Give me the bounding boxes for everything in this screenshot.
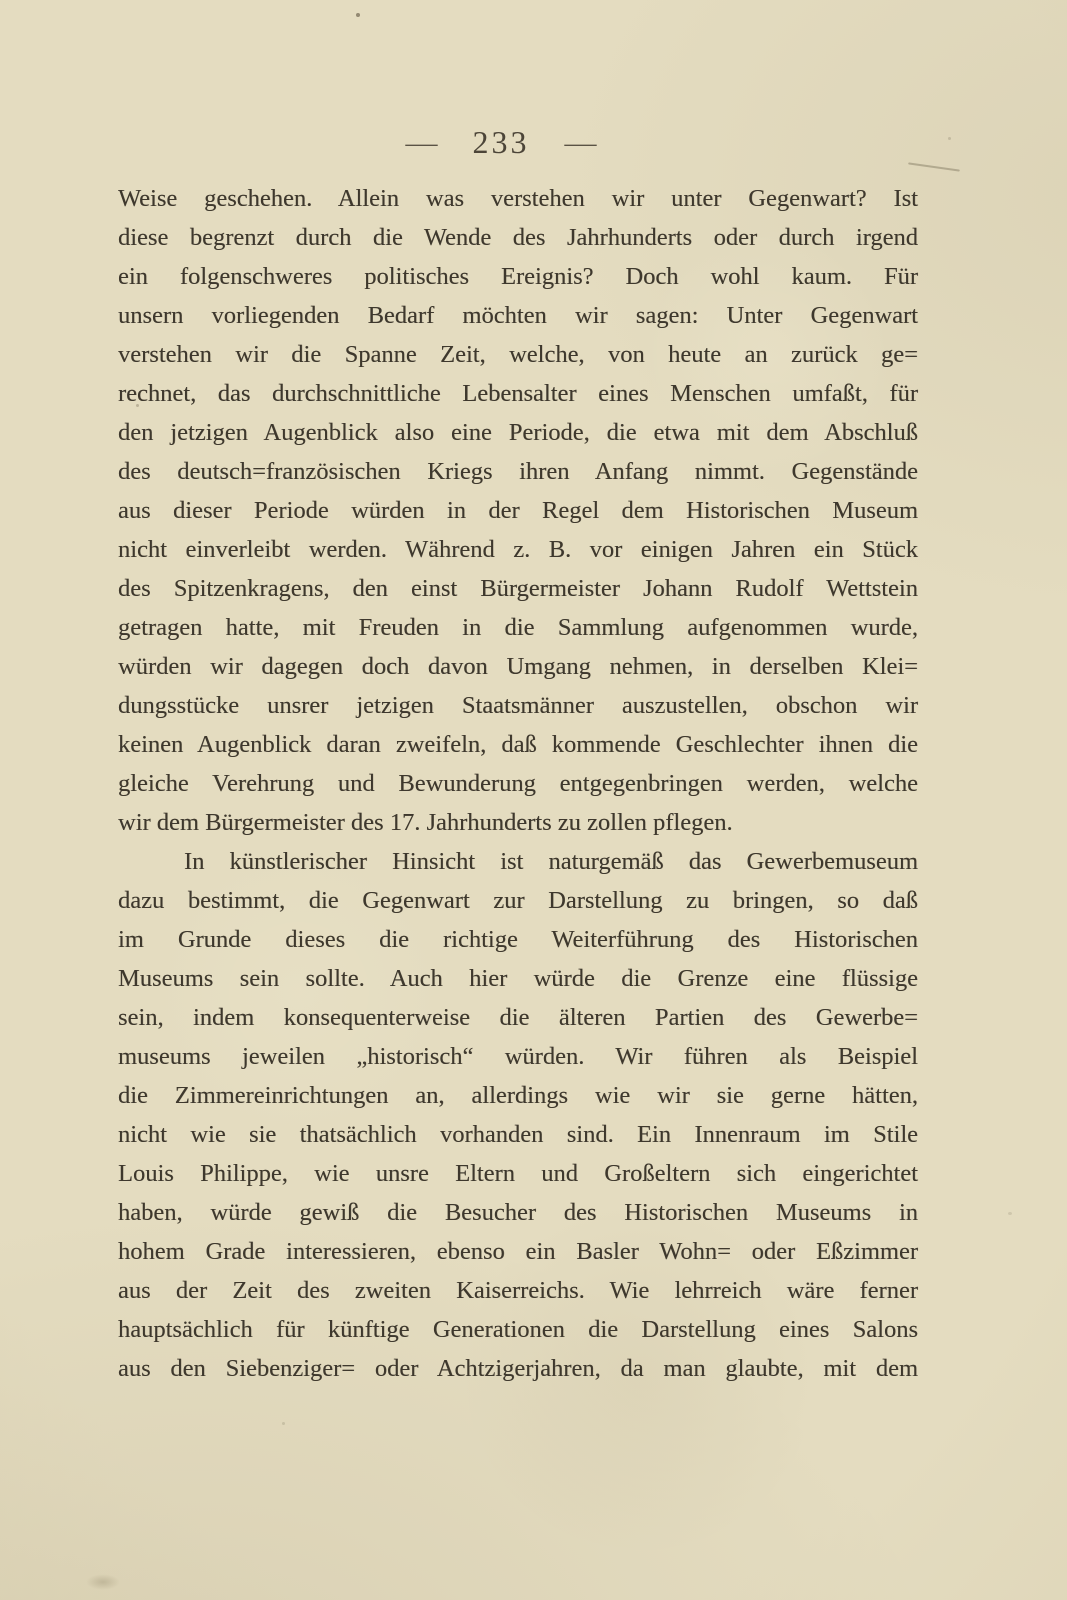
page-number: 233 bbox=[473, 126, 530, 158]
text-line: diese begrenzt durch die Wende des Jahrh… bbox=[118, 218, 918, 257]
text-line: hohem Grade interessieren, ebenso ein Ba… bbox=[118, 1232, 918, 1271]
text-line: wir dem Bürgermeister des 17. Jahrhunder… bbox=[118, 803, 918, 842]
paper-blotch bbox=[86, 1574, 120, 1590]
text-line: den jetzigen Augenblick also eine Period… bbox=[118, 413, 918, 452]
text-line: Weise geschehen. Allein was verstehen wi… bbox=[118, 179, 918, 218]
text-line: getragen hatte, mit Freuden in die Samml… bbox=[118, 608, 918, 647]
text-line: würden wir dagegen doch davon Umgang neh… bbox=[118, 647, 918, 686]
text-line: dazu bestimmt, die Gegenwart zur Darstel… bbox=[118, 881, 918, 920]
text-line: sein, indem konsequenterweise die ältere… bbox=[118, 998, 918, 1037]
text-line: Louis Philippe, wie unsre Eltern und Gro… bbox=[118, 1154, 918, 1193]
paper-scratch bbox=[908, 162, 960, 171]
text-line: dungsstücke unsrer jetzigen Staatsmänner… bbox=[118, 686, 918, 725]
text-line: hauptsächlich für künftige Generationen … bbox=[118, 1310, 918, 1349]
text-line: aus den Siebenziger= oder Achtzigerjahre… bbox=[118, 1349, 918, 1388]
text-line: haben, würde gewiß die Besucher des Hist… bbox=[118, 1193, 918, 1232]
paper-speck bbox=[282, 1422, 285, 1425]
text-line: keinen Augenblick daran zweifeln, daß ko… bbox=[118, 725, 918, 764]
text-line: im Grunde dieses die richtige Weiterführ… bbox=[118, 920, 918, 959]
text-line: museums jeweilen „historisch“ würden. Wi… bbox=[118, 1037, 918, 1076]
text-line: nicht einverleibt werden. Während z. B. … bbox=[118, 530, 918, 569]
text-line: des Spitzenkragens, den einst Bürgermeis… bbox=[118, 569, 918, 608]
paper-speck bbox=[356, 13, 360, 17]
text-line: gleiche Verehrung und Bewunderung entgeg… bbox=[118, 764, 918, 803]
text-line: verstehen wir die Spanne Zeit, welche, v… bbox=[118, 335, 918, 374]
text-line: die Zimmereinrichtungen an, allerdings w… bbox=[118, 1076, 918, 1115]
paper-speck bbox=[948, 137, 951, 140]
text-line: aus dieser Periode würden in der Regel d… bbox=[118, 491, 918, 530]
page-text: Weise geschehen. Allein was verstehen wi… bbox=[118, 179, 918, 1388]
book-page: — 233 — Weise geschehen. Allein was vers… bbox=[0, 0, 1067, 1600]
header-left-dash: — bbox=[406, 128, 438, 155]
paper-speck bbox=[1008, 1212, 1012, 1215]
text-line: Museums sein sollte. Auch hier würde die… bbox=[118, 959, 918, 998]
text-line: rechnet, das durchschnittliche Lebensalt… bbox=[118, 374, 918, 413]
text-line: ein folgenschweres politisches Ereignis?… bbox=[118, 257, 918, 296]
header-right-dash: — bbox=[565, 128, 597, 155]
text-line: nicht wie sie thatsächlich vorhanden sin… bbox=[118, 1115, 918, 1154]
text-line: In künstlerischer Hinsicht ist naturgemä… bbox=[118, 842, 918, 881]
text-line: des deutsch=französischen Kriegs ihren A… bbox=[118, 452, 918, 491]
page-header: — 233 — bbox=[101, 120, 901, 164]
text-line: aus der Zeit des zweiten Kaiserreichs. W… bbox=[118, 1271, 918, 1310]
text-line: unsern vorliegenden Bedarf möchten wir s… bbox=[118, 296, 918, 335]
